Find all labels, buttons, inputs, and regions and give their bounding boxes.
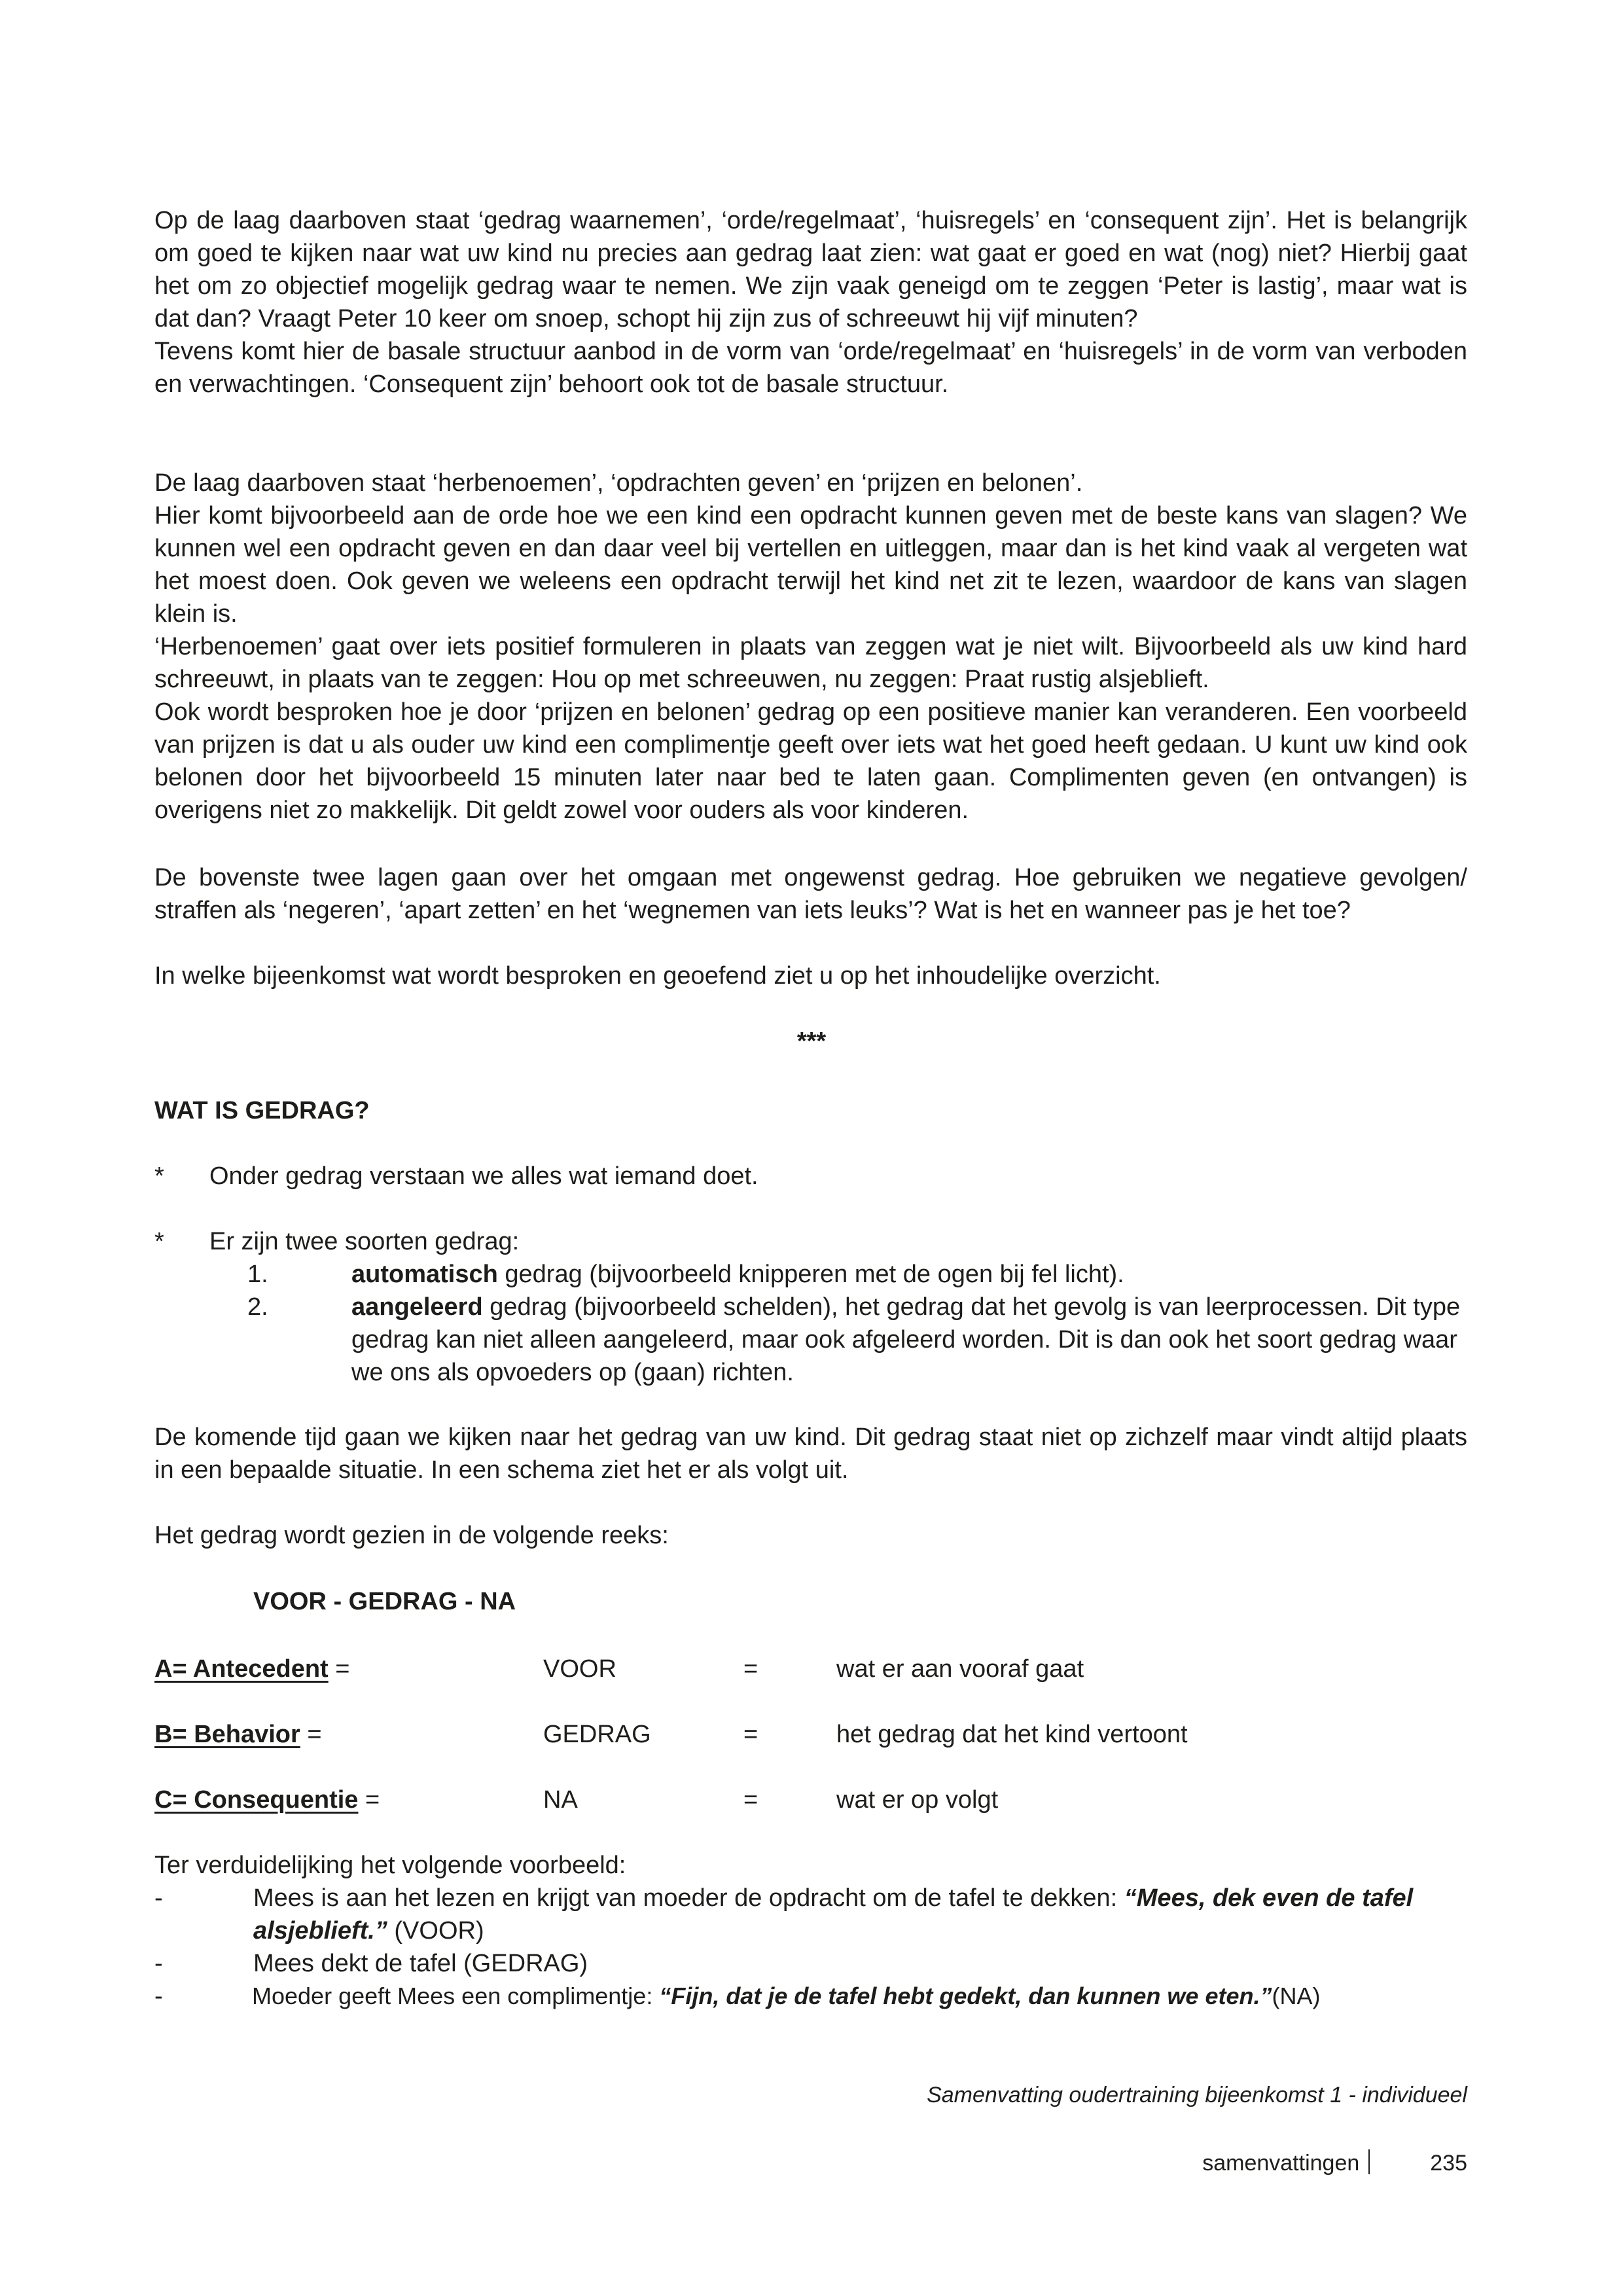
abc-term-equals: = <box>358 1786 380 1814</box>
paragraph-komende-tijd: De komende tijd gaan we kijken naar het … <box>154 1421 1467 1486</box>
paragraph-ongewenst-gedrag: De bovenste twee lagen gaan over het omg… <box>154 861 1467 927</box>
example-item: - Mees is aan het lezen en krijgt van mo… <box>154 1882 1467 1947</box>
example-tag: (NA) <box>1272 1982 1320 2009</box>
paragraph-text: De komende tijd gaan we kijken naar het … <box>154 1421 1467 1486</box>
paragraph-text: De laag daarboven staat ‘herbenoemen’, ‘… <box>154 467 1467 499</box>
example-narration: Mees dekt de tafel (GEDRAG) <box>253 1950 588 1977</box>
bullet-text: Er zijn twee soorten gedrag: <box>209 1225 519 1258</box>
bullet-marker: * <box>154 1225 164 1258</box>
abc-term-label: C= Consequentie <box>154 1786 358 1814</box>
paragraph-text: In welke bijeenkomst wat wordt besproken… <box>154 960 1467 992</box>
abc-row-antecedent: A= Antecedent = VOOR = wat er aan vooraf… <box>154 1653 1467 1685</box>
section-separator: *** <box>0 1025 1623 1058</box>
item-description: gedrag (bijvoorbeeld knipperen met de og… <box>498 1261 1124 1288</box>
document-page: Op de laag daarboven staat ‘gedrag waarn… <box>0 0 1623 2296</box>
abc-term-equals: = <box>329 1655 350 1683</box>
bullet-marker: * <box>154 1160 164 1193</box>
abc-label: VOOR <box>543 1653 616 1685</box>
abc-term: B= Behavior = <box>154 1718 322 1751</box>
abc-term-label: A= Antecedent <box>154 1655 329 1683</box>
example-narration: Moeder geeft Mees een complimentje: <box>252 1982 659 2009</box>
paragraph-text: Ook wordt besproken hoe je door ‘prijzen… <box>154 696 1467 827</box>
abc-equals: = <box>743 1784 758 1816</box>
item-keyword: aangeleerd <box>351 1293 483 1321</box>
abc-equals: = <box>743 1718 758 1751</box>
abc-term: C= Consequentie = <box>154 1784 380 1816</box>
numbered-item: 2. aangeleerd gedrag (bijvoorbeeld schel… <box>154 1291 1467 1389</box>
paragraph-herbenoemen: De laag daarboven staat ‘herbenoemen’, ‘… <box>154 467 1467 827</box>
abc-label: GEDRAG <box>543 1718 651 1751</box>
paragraph-text: De bovenste twee lagen gaan over het omg… <box>154 861 1467 927</box>
bullet-text: Onder gedrag verstaan we alles wat ieman… <box>209 1160 758 1193</box>
example-intro: Ter verduidelijking het volgende voorbee… <box>154 1849 1467 1882</box>
sequence-title: VOOR - GEDRAG - NA <box>253 1585 1566 1618</box>
paragraph-text: Tevens komt hier de basale structuur aan… <box>154 335 1467 401</box>
dash-marker: - <box>154 1882 163 1914</box>
paragraph-reeks: Het gedrag wordt gezien in de volgende r… <box>154 1519 1467 1552</box>
numbered-item: 1. automatisch gedrag (bijvoorbeeld knip… <box>154 1258 1467 1291</box>
dash-marker: - <box>154 1980 163 2013</box>
dash-marker: - <box>154 1947 163 1980</box>
paragraph-text: Op de laag daarboven staat ‘gedrag waarn… <box>154 204 1467 335</box>
abc-row-behavior: B= Behavior = GEDRAG = het gedrag dat he… <box>154 1718 1467 1751</box>
example-text: Moeder geeft Mees een complimentje: “Fij… <box>252 1980 1320 2013</box>
paragraph-text: ‘Herbenoemen’ gaat over iets positief fo… <box>154 630 1467 696</box>
item-number: 2. <box>247 1291 268 1323</box>
item-description: gedrag (bijvoorbeeld schelden), het gedr… <box>351 1293 1460 1386</box>
page-number: 235 <box>1430 2151 1467 2176</box>
example-tag: (VOOR) <box>387 1917 484 1945</box>
footer-pagination: samenvattingen235 <box>1202 2149 1467 2176</box>
abc-label: NA <box>543 1784 578 1816</box>
paragraph-gedrag-waarnemen: Op de laag daarboven staat ‘gedrag waarn… <box>154 204 1467 401</box>
section-heading: WAT IS GEDRAG? <box>154 1094 1467 1127</box>
example-quote: “Fijn, dat je de tafel hebt gedekt, dan … <box>659 1982 1272 2009</box>
abc-term-label: B= Behavior <box>154 1721 300 1748</box>
footer-document-title: Samenvatting oudertraining bijeenkomst 1… <box>927 2083 1467 2108</box>
abc-meaning: wat er op volgt <box>836 1784 998 1816</box>
item-text: automatisch gedrag (bijvoorbeeld knipper… <box>351 1258 1467 1291</box>
item-text: aangeleerd gedrag (bijvoorbeeld schelden… <box>351 1291 1467 1389</box>
footer-divider <box>1368 2149 1370 2174</box>
item-number: 1. <box>247 1258 268 1291</box>
example-text: Mees dekt de tafel (GEDRAG) <box>253 1947 588 1980</box>
paragraph-overzicht: In welke bijeenkomst wat wordt besproken… <box>154 960 1467 992</box>
abc-term: A= Antecedent = <box>154 1653 349 1685</box>
abc-meaning: wat er aan vooraf gaat <box>836 1653 1084 1685</box>
footer-section-label: samenvattingen <box>1202 2151 1359 2176</box>
paragraph-text: Hier komt bijvoorbeeld aan de orde hoe w… <box>154 499 1467 630</box>
example-text: Mees is aan het lezen en krijgt van moed… <box>253 1882 1467 1947</box>
example-narration: Mees is aan het lezen en krijgt van moed… <box>253 1884 1124 1912</box>
abc-meaning: het gedrag dat het kind vertoont <box>836 1718 1188 1751</box>
abc-row-consequentie: C= Consequentie = NA = wat er op volgt <box>154 1784 1467 1816</box>
abc-term-equals: = <box>300 1721 322 1748</box>
item-keyword: automatisch <box>351 1261 498 1288</box>
abc-equals: = <box>743 1653 758 1685</box>
